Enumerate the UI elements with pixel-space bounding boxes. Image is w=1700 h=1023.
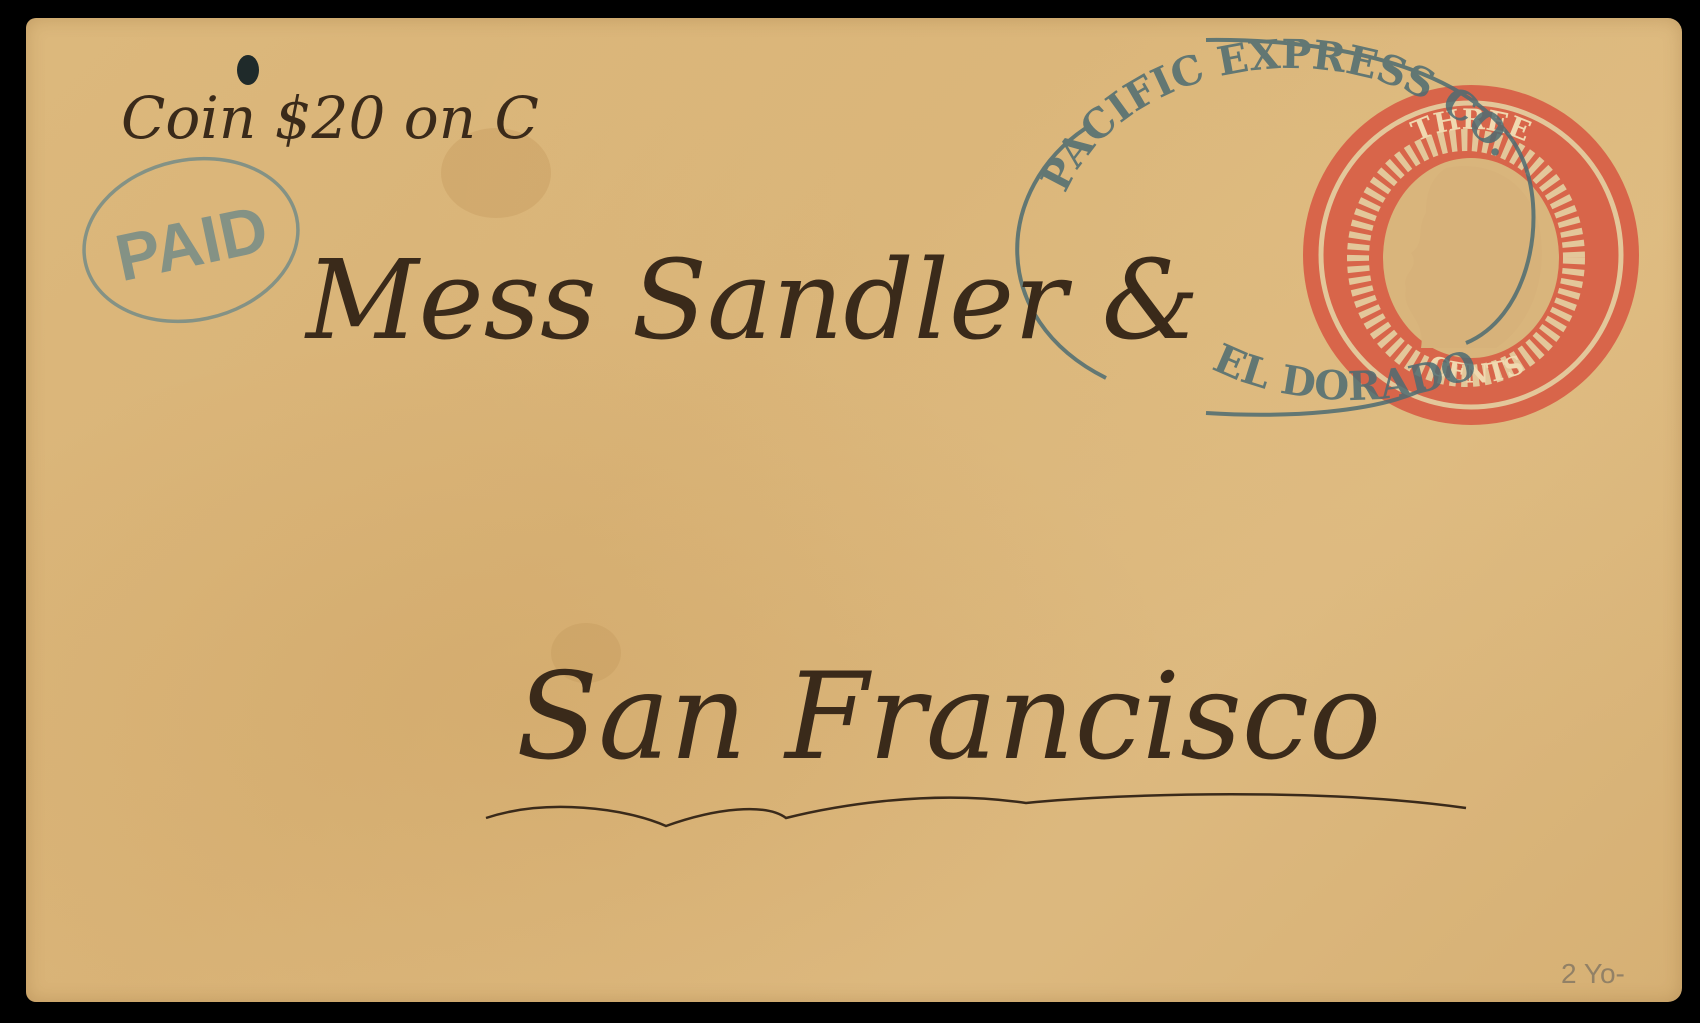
envelope-artwork: THREE CENTS PACIFIC EXPRESS CO. EL DORAD…	[26, 18, 1682, 1002]
addressee-line: Mess Sandler &	[304, 236, 1200, 364]
pencil-note: 2 Yo-	[1561, 958, 1625, 989]
city-line: San Francisco	[516, 648, 1381, 787]
paid-handstamp: PAID	[69, 139, 314, 340]
ink-blot	[237, 55, 259, 85]
top-left-notation: Coin $20 on C	[121, 84, 539, 152]
underline-flourish	[486, 794, 1466, 826]
envelope: THREE CENTS PACIFIC EXPRESS CO. EL DORAD…	[26, 18, 1682, 1002]
paid-text: PAID	[109, 191, 274, 295]
